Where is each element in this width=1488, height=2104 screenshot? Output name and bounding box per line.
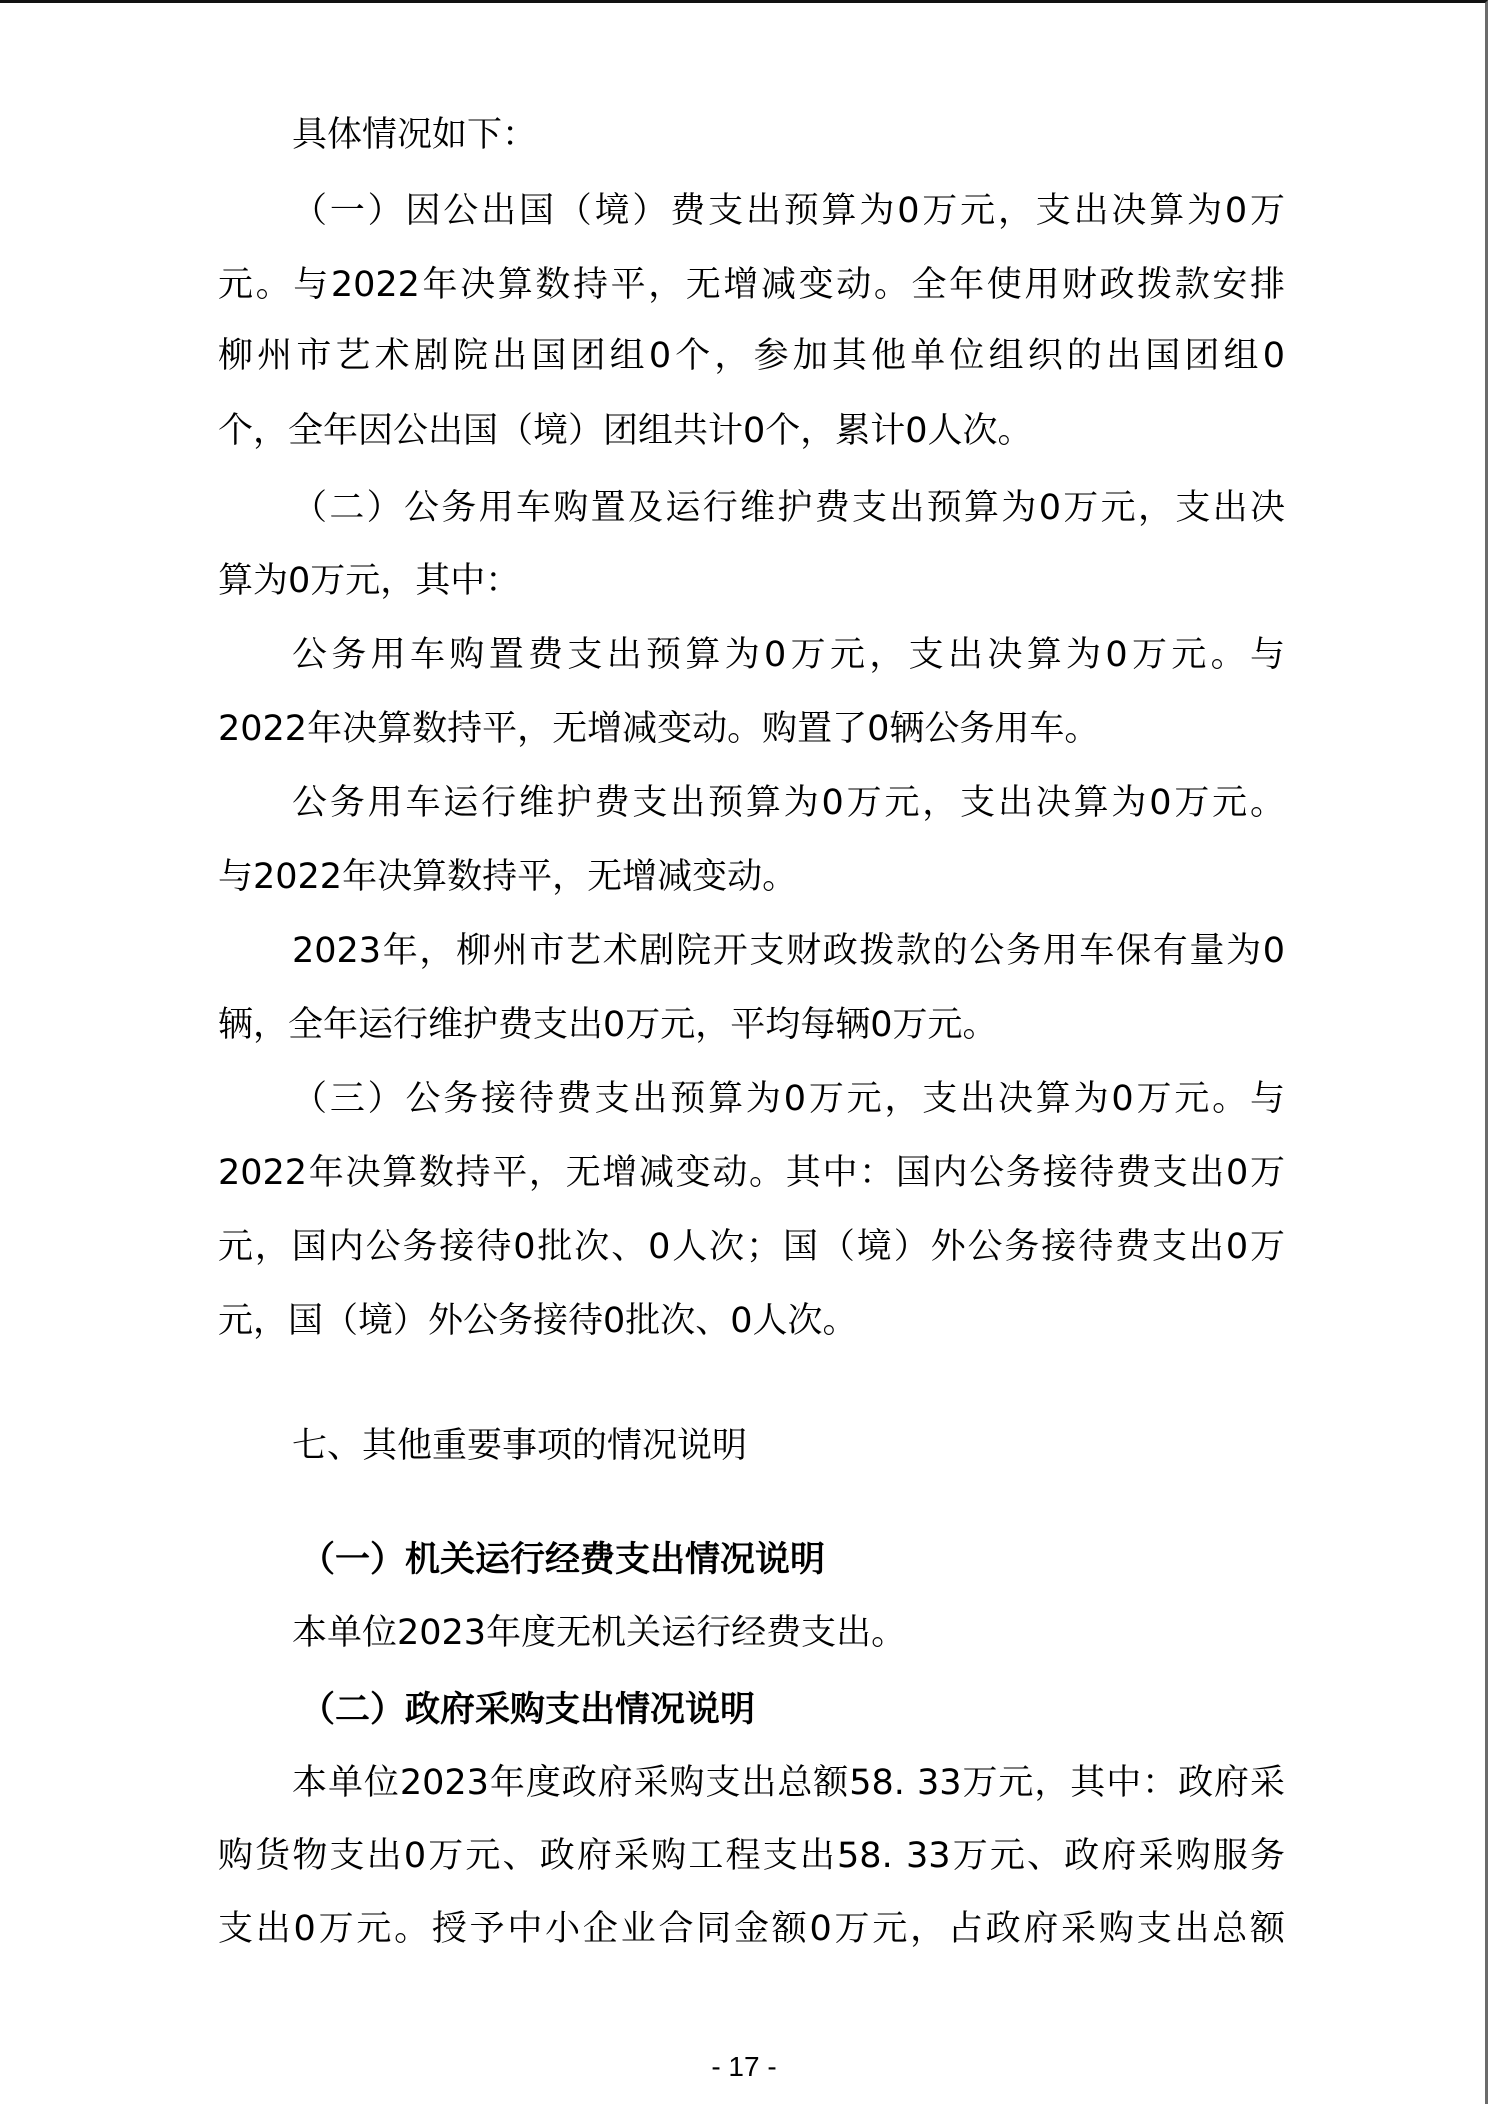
paragraph-line: 公务用车运行维护费支出预算为0万元，支出决算为0万元。 <box>292 781 1285 825</box>
paragraph-line: 与2022年决算数持平，无增减变动。 <box>218 855 1285 899</box>
section-heading: 七、其他重要事项的情况说明 <box>292 1424 747 1468</box>
paragraph-line: 本单位2023年度政府采购支出总额58. 33万元，其中：政府采 <box>292 1761 1285 1805</box>
paragraph-line: 元，国内公务接待0批次、0人次；国（境）外公务接待费支出0万 <box>218 1225 1285 1269</box>
intro-text: 具体情况如下： <box>292 113 1285 157</box>
paragraph-line: （一）因公出国（境）费支出预算为0万元，支出决算为0万 <box>292 189 1285 233</box>
page-number: - 17 - <box>0 2049 1488 2085</box>
paragraph-line: 元。与2022年决算数持平，无增减变动。全年使用财政拨款安排 <box>218 263 1285 307</box>
paragraph-line: 个，全年因公出国（境）团组共计0个，累计0人次。 <box>218 409 1285 453</box>
subsection-heading: （一）机关运行经费支出情况说明 <box>300 1538 825 1582</box>
paragraph-line: 元，国（境）外公务接待0批次、0人次。 <box>218 1299 1285 1343</box>
paragraph-line: 算为0万元，其中： <box>218 559 1285 603</box>
paragraph-line: （三）公务接待费支出预算为0万元，支出决算为0万元。与 <box>292 1077 1285 1121</box>
paragraph-line: 2022年决算数持平，无增减变动。购置了0辆公务用车。 <box>218 707 1285 751</box>
paragraph-line: 2022年决算数持平，无增减变动。其中：国内公务接待费支出0万 <box>218 1151 1285 1195</box>
paragraph-line: 辆，全年运行维护费支出0万元，平均每辆0万元。 <box>218 1003 1285 1047</box>
document-page: 具体情况如下： （一）因公出国（境）费支出预算为0万元，支出决算为0万 元。与2… <box>0 0 1488 2104</box>
paragraph-line: 购货物支出0万元、政府采购工程支出58. 33万元、政府采购服务 <box>218 1834 1285 1878</box>
paragraph-line: 公务用车购置费支出预算为0万元，支出决算为0万元。与 <box>292 633 1285 677</box>
paragraph-line: 本单位2023年度无机关运行经费支出。 <box>292 1611 1285 1655</box>
subsection-heading: （二）政府采购支出情况说明 <box>300 1688 755 1732</box>
paragraph-line: （二）公务用车购置及运行维护费支出预算为0万元，支出决 <box>292 486 1285 530</box>
paragraph-line: 支出0万元。授予中小企业合同金额0万元，占政府采购支出总额 <box>218 1907 1285 1951</box>
paragraph-line: 柳州市艺术剧院出国团组0个，参加其他单位组织的出国团组0 <box>218 334 1285 378</box>
paragraph-line: 2023年，柳州市艺术剧院开支财政拨款的公务用车保有量为0 <box>292 929 1285 973</box>
